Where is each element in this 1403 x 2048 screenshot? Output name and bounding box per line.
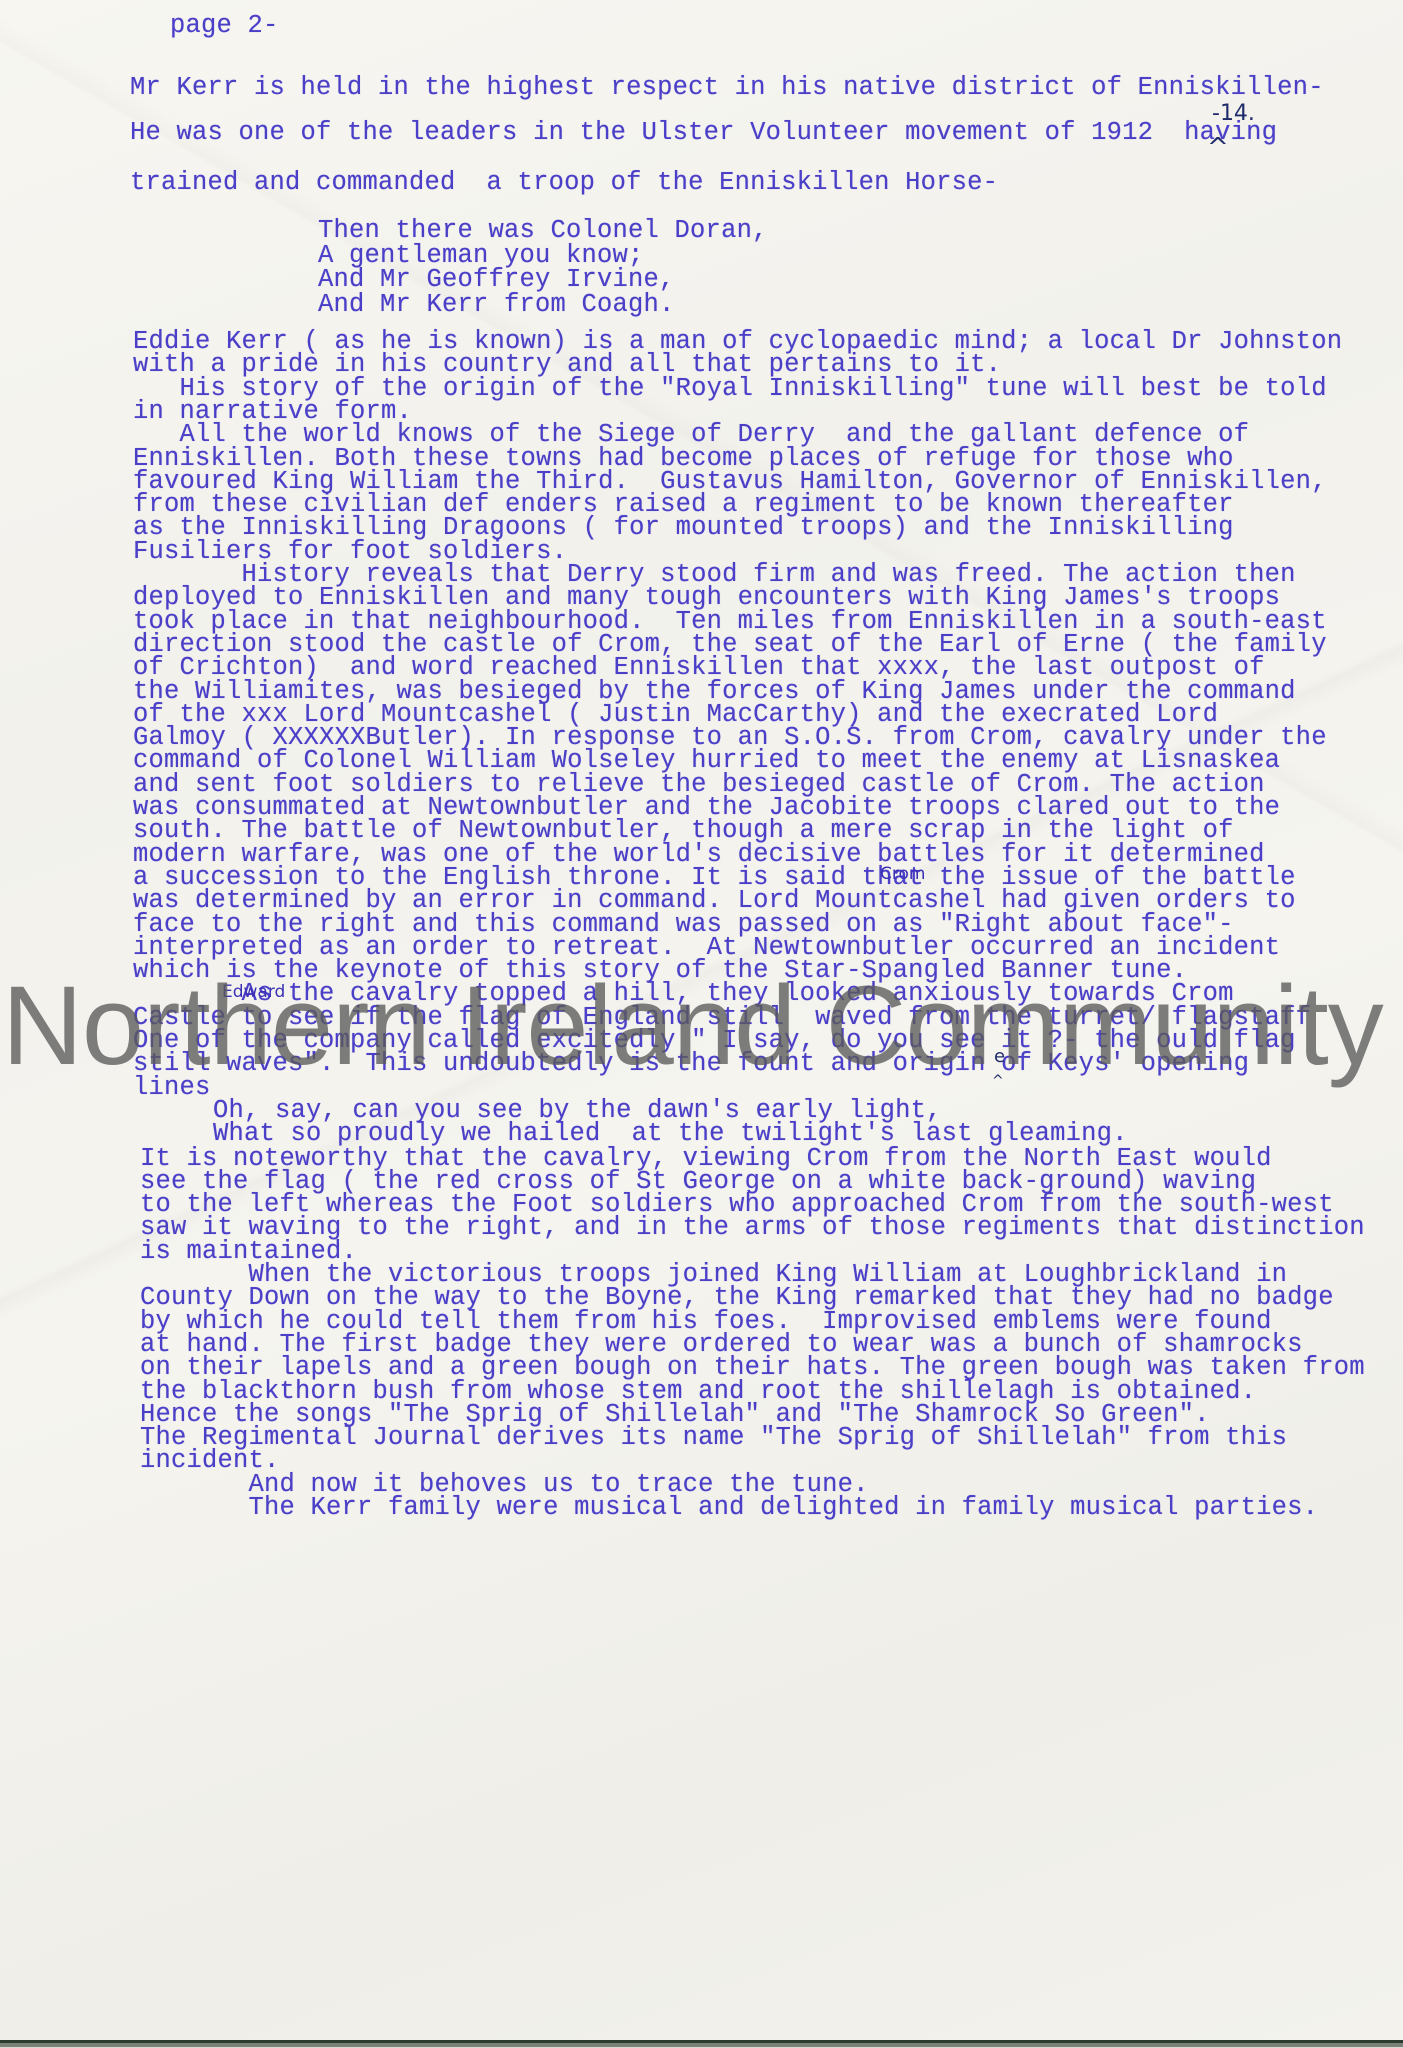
intro-line: He was one of the leaders in the Ulster … bbox=[130, 120, 1277, 146]
document-page: page 2- Mr Kerr is held in the highest r… bbox=[0, 0, 1403, 2043]
intro-line: trained and commanded a troop of the Enn… bbox=[130, 170, 998, 196]
verse-line: And Mr Kerr from Coagh. bbox=[318, 292, 675, 318]
body-line: The Regimental Journal derives its name … bbox=[140, 1425, 1287, 1451]
intro-line: Mr Kerr is held in the highest respect i… bbox=[130, 75, 1324, 101]
handwritten-insert-1912: -14. bbox=[1212, 103, 1255, 125]
verse-line: And Mr Geoffrey Irvine, bbox=[318, 267, 675, 293]
caret-mark: ^ bbox=[1207, 135, 1229, 161]
page-label: page 2- bbox=[170, 13, 279, 39]
handwritten-insert-crom: Crom bbox=[880, 866, 925, 883]
body-line: The Kerr family were musical and delight… bbox=[140, 1495, 1318, 1521]
archive-watermark: Northern Ireland Community Archive bbox=[0, 970, 1403, 1082]
verse-line: Then there was Colonel Doran, bbox=[318, 218, 768, 244]
verse-line: What so proudly we hailed at the twiligh… bbox=[213, 1121, 1128, 1147]
